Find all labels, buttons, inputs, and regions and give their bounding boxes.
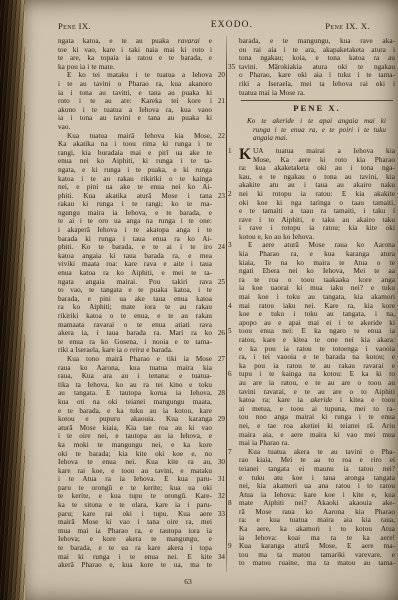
text-line: nei, kia akamori ua ana ratou i to ratou	[239, 482, 395, 491]
text-line: Atua ia Iehova: kare koe i kite e, kua	[239, 491, 395, 500]
text-line: E ko tei mataku i te tuatua a Iehova20	[58, 71, 212, 80]
text-line: tou ma ta matou tamariki varevare, e	[239, 551, 395, 560]
text-line: E aere aturā Mose raua ko Aarona3	[239, 241, 395, 250]
book-page-photo: Pene IX. EXODO. Pene IX. X. ngata katoa,…	[0, 0, 398, 600]
text-line: paru; kare rai oki i tupu. Kua aere33	[58, 510, 212, 519]
text-line: ka pou ia ratou te au rakau ravarai e	[239, 362, 395, 371]
verse-number: 32	[213, 492, 225, 501]
text-line: nei, e pini ua ake te enua nei ko Ai-	[58, 183, 212, 192]
running-header-left: Pene IX.	[58, 21, 91, 31]
text-line: mua mai ia Pharao ra, e tautopa iora ia	[58, 527, 212, 536]
verse-number: 6	[228, 370, 238, 379]
text-line: ngati Ebera nei ko Iehova, Mei te aa	[239, 267, 395, 276]
text-line: angaia mai.	[247, 134, 386, 143]
text-line: kotou e pupuru akaouia. Kua karanga29	[58, 415, 212, 424]
text-line: koe e tuku i toku au tangata, i na,	[239, 310, 395, 319]
book-binding-edge	[0, 0, 25, 600]
text-line: Kua karanga aturā Mose, E aere ma-9	[239, 542, 395, 551]
verse-number: 29	[213, 415, 225, 424]
text-line: oki koe ki nga taringa o taau tamaiti,	[239, 199, 395, 208]
page-number: 63	[176, 577, 200, 586]
verse-number: 27	[213, 355, 225, 364]
left-column: ngata katoa, e te au puaka ravarai etoe …	[58, 37, 212, 570]
text-line: o Pharao, kare oki aia i tuku i te tama-	[239, 71, 395, 80]
text-line: e te barada, e ka tuku au ia kotou, kare	[58, 407, 212, 416]
text-line: kua oti na oki teianei mangungu maata,	[58, 398, 212, 407]
running-header-right: Pene IX. X.	[325, 21, 370, 31]
text-line: Kua tono mairā Pharao e tiki ia Mose27	[58, 355, 212, 364]
text-line: e te tamaiti a taau ra tamaiti, i taku i	[239, 207, 395, 216]
text-line: raua ko Aarona, kua tuatua maira kia	[58, 364, 212, 373]
text-line: maira aia, e aere maira ki vao mei mua	[239, 431, 395, 440]
verse-number: 28	[213, 389, 225, 398]
text-line: akono i te tuatua a Iehova ra, kua vaoo	[58, 106, 212, 115]
text-line: katoa ra; kare ia akeride i kitea e toou	[239, 396, 395, 405]
verse-number: 34	[213, 553, 225, 562]
text-line: raua, Kua ara au i tenana: e tuatua-	[58, 372, 212, 381]
verse-number: 9	[228, 542, 238, 551]
text-line: ngungu maira ia Iehova, e te barada, e	[58, 209, 212, 218]
verse-number: 2	[228, 190, 238, 199]
text-line: barada ki runga i taua enua ra ko Ai-	[58, 235, 212, 244]
text-line: tupu i te kainga na kotou: E ka ki to6	[239, 370, 395, 379]
text-line: e tuku atu koe i taua aronga tangata	[239, 474, 395, 483]
text-line: i te Atua ra ia Iehova. E kua paru-31	[58, 475, 212, 484]
text-line: ra ko Aiphiti; mate iora te au rakau	[58, 303, 212, 312]
text-line: rave i to Aiphiti, e taku au akairo taku	[239, 216, 395, 225]
text-line: tona ngakau; koia, e tona katoa ra au	[239, 54, 395, 63]
page-paper: Pene IX. EXODO. Pene IX. X. ngata katoa,…	[25, 0, 398, 600]
text-line: mamaata ravarai o te enua atiati rava	[58, 321, 212, 330]
text-line: Kua tuatua akera te au tavini o Pha-7	[239, 448, 395, 457]
section-divider	[241, 100, 393, 101]
text-line: to vao, te tangata e te puaka katoa, i t…	[58, 286, 212, 295]
text-line: katoa i te au rakau rikiriki o te kainga	[58, 175, 212, 184]
text-line: tika ta Iehova, ko au ra tei kino e toku	[58, 381, 212, 390]
text-line: UA tuatua mairai a Iehova kia1	[239, 147, 395, 156]
text-line: e ka pou ia ratou te totoenga i vaooia	[239, 345, 395, 354]
text-line: rā Mose raua ko Aarona kia Pharao	[239, 508, 395, 517]
text-line: Ko te akeride i te apai angaia mai ki	[247, 117, 386, 126]
text-line: riki a Iseraela, mei ta Iehova rai oki i	[239, 80, 395, 89]
verse-number: 31	[213, 475, 225, 484]
text-line: oki te barada; kia kite oki koe e, no	[58, 450, 212, 459]
text-line: roto i te au are: Kareka tei kore i21	[58, 97, 212, 106]
verse-number: 1	[228, 147, 238, 156]
text-line: rangi, kia buradaia mai e pirī ua ake te	[58, 149, 212, 158]
text-line: rakau ki runga i te rangi; ko te ma-	[58, 200, 212, 209]
text-line: ra: e kua tuatua maira aia kia raua,	[239, 516, 395, 525]
text-line: nei, e tae roa aketiei ki teianei rā. Ar…	[239, 422, 395, 431]
book-title: EXODO.	[211, 20, 253, 30]
text-line: tou noo anga mairai ki runga i te enua	[239, 413, 395, 422]
text-line: rao kiaia, Mei te aa to roa e riro ei	[239, 456, 395, 465]
text-line: ngata, e ki runga i te puaka, e ki runga	[58, 166, 212, 175]
column-divider	[226, 36, 227, 572]
text-line: runga i te enua ra, e te poiri i te tuku	[247, 126, 386, 135]
left-column-text: ngata katoa, e te au puaka ravarai etoe …	[58, 37, 212, 570]
text-line: aturā Mose kiaia, Kia tae roa au ki vao	[58, 424, 212, 433]
text-line: apopo au e apai mai ei i te akeride ki	[239, 319, 395, 328]
text-line: mai ki runga i te enua nei. E kite34	[58, 553, 212, 562]
text-line: paru te orongū e te kerite; kua ua oki	[58, 484, 212, 493]
text-line: mai koe i toku au tangata, kia akamori	[239, 293, 395, 302]
text-line: ou rai aia i te ara, akapaketaketa atura…	[239, 46, 395, 55]
text-line: riki a Iseraela, kare ia o reira e barad…	[58, 346, 212, 355]
text-line: i rave i rotopu ia ratou; kia kite oki	[239, 224, 395, 233]
verse-number: 21	[213, 97, 225, 106]
text-line: phiti. Ko te barada, e te ai i te iro24	[58, 243, 212, 252]
text-line: katoa angaia ki taua barada ra, e mea	[58, 252, 212, 261]
text-line: kare rai koe, e toou au tavini, e mataku	[58, 467, 212, 476]
text-line: rikiriki katoa o te enua, e te au rakau	[58, 312, 212, 321]
text-line: te are, ka topaia ia ratou e te barada, …	[58, 54, 212, 63]
text-line: teianei tangata ei maunu ia tatou nei?	[239, 465, 395, 474]
text-line: barada, e pini ua ake taua enua katoa	[58, 295, 212, 304]
chapter-summary: Ko te akeride i te apai angaia mai kirun…	[239, 117, 395, 143]
text-line: kotou e, ko au ko Iehova.	[239, 233, 395, 242]
text-line: te barada, e te ua ra kare akera i topa	[58, 544, 212, 553]
verse-number: 7	[228, 448, 238, 457]
text-line: ngata angaia mairai. Pou takiri rava25	[58, 278, 212, 287]
text-line: nei ki rotopu ia ratou: E kia akakite2	[239, 190, 395, 199]
verse-number: 5	[228, 327, 238, 336]
text-line: mai ratou iaku nei. Kare ra, kia kore4	[239, 302, 395, 311]
text-line: kau, e te ngakau o tona au tavini, kia	[239, 173, 395, 182]
text-line: ra, i tei vaooia e te barada na kotou; e	[239, 353, 395, 362]
text-line: viviki maata roa: kare rava e aite i tau…	[58, 260, 212, 269]
text-line: tavini ravarai, e te au are o to Aiphiti	[239, 388, 395, 397]
verse-number: 24	[213, 243, 225, 252]
text-line: akera ia, i taua barada ra. Mari ra ko26	[58, 329, 212, 338]
text-line: te kerite, e kua tupu te orongū. Kare-32	[58, 492, 212, 501]
text-line: vao.	[58, 123, 212, 132]
text-line: mate Aiphiti nei? Akaoki akaouia ake-8	[239, 499, 395, 508]
text-line: ra: kua akaketaketa oki au i tona nga-	[239, 164, 395, 173]
text-line: to matou ruaine, ma ta matou au tama-	[239, 559, 395, 568]
text-line: phiti. Kua akatika aturā Mose i tana23	[58, 192, 212, 201]
verse-number: 8	[228, 499, 238, 508]
verse-number: 33	[213, 510, 225, 519]
verse-number: 3	[228, 241, 238, 250]
text-line: ra te roa o toou taakaaka kore anga	[239, 276, 395, 285]
text-line: ai metua, e toou ai tupuna, mei to ra-	[239, 405, 395, 414]
right-column-text-body: K UA tuatua mairai a Iehova kia1Mose, Ka…	[239, 147, 395, 568]
text-line: tavini. Mārokiakia atura oki te ngakau35	[239, 63, 395, 72]
text-line: au are ia ratou, e te au are o toou au	[239, 379, 395, 388]
text-line: ia koe uaorai ki mua iaku nei? e tuku	[239, 284, 395, 293]
text-line: kia Pharao ra, e kua karanga atura	[239, 250, 395, 259]
text-line: i te oire nei, e tautopa au ia Iehova, e	[58, 432, 212, 441]
verse-number: 25	[213, 278, 225, 287]
text-line: ratou, kare e kitea te one nei kia akara…	[239, 336, 395, 345]
text-line: te enua ra ko Gosena, i nooia e te tama-	[58, 338, 212, 347]
text-line: enua nei ko Aiphiti, ki runga i te ta-	[58, 157, 212, 166]
text-line: akerā Pharao e, kua kore te ua, ma te	[58, 561, 212, 570]
text-line: ngata katoa, e te au puaka ravarai e	[58, 37, 212, 46]
running-header: Pene IX. EXODO. Pene IX. X.	[58, 21, 371, 32]
text-line: Kua tuatua mairā Iehova kia Mose,22	[58, 132, 212, 141]
text-line: Ka akatika na i toou rima ki runga i te	[58, 140, 212, 149]
chapter-heading: PENE X.	[239, 103, 395, 114]
verse-number: 23	[213, 192, 225, 201]
text-line: tuatua mai ia Mose ra.	[239, 89, 395, 98]
text-line: i akaperā Iehova i te akatopa anga i te	[58, 226, 212, 235]
text-line: toe ki vao, kare i taki naia mai ki roto…	[58, 46, 212, 55]
text-line: te ai i te oro ua anga na runga i te one…	[58, 217, 212, 226]
text-line: ia Iehova: koai ma ra te ka aere!	[239, 534, 395, 543]
text-line: kiaia, Te na ko maira te Atua o te	[239, 259, 395, 268]
verse-number: 30	[213, 458, 225, 467]
text-line: Ka aere, ka akamori i to kotou Atua	[239, 525, 395, 534]
text-line: ia i tona au tavini e tana au puaka ki	[58, 114, 212, 123]
text-line: i te au tavini o Pharao ra, kua akanoro	[58, 80, 212, 89]
right-column: barada, e te mangungu, kua rave aka-ou r…	[239, 37, 395, 568]
text-line: Mose, Ka aere ki roto kia Pharao	[239, 156, 395, 165]
verse-number: 22	[213, 132, 225, 141]
text-line: toou enua nei: E ka ngaro te enua ia5	[239, 327, 395, 336]
text-line: mairā Mose ki vao i tana oire ra, mei	[58, 518, 212, 527]
text-line: barada, e te mangungu, kua rave aka-	[239, 37, 395, 46]
text-line: ka pou ia i te mate.	[58, 63, 212, 72]
text-line: mai ia Pharao ra.	[239, 439, 395, 448]
text-line: au tangata. E tautopa korua ia Iehova,28	[58, 389, 212, 398]
text-line: Iehova te enua nei. Kua kite ra au,30	[58, 458, 212, 467]
text-line: enua katoa ra ko Aiphiti, e mei te ta-	[58, 269, 212, 278]
verse-number: 35	[228, 63, 238, 72]
verse-number: 20	[213, 71, 225, 80]
verse-number: 26	[213, 329, 225, 338]
text-line: Iehova; e kore akera te mangungu, e	[58, 535, 212, 544]
verse-number: 4	[228, 302, 238, 311]
right-column-text-top: barada, e te mangungu, kua rave aka-ou r…	[239, 37, 395, 97]
text-line: ka te sitona e te olara, kare ia i paru-	[58, 501, 212, 510]
text-line: akakite atu au i taua au akairo naku	[239, 181, 395, 190]
text-line: ka moki te mangungu nei, e ka kore	[58, 441, 212, 450]
text-line: ia i tona au tavini, e tana au puaka ki	[58, 89, 212, 98]
